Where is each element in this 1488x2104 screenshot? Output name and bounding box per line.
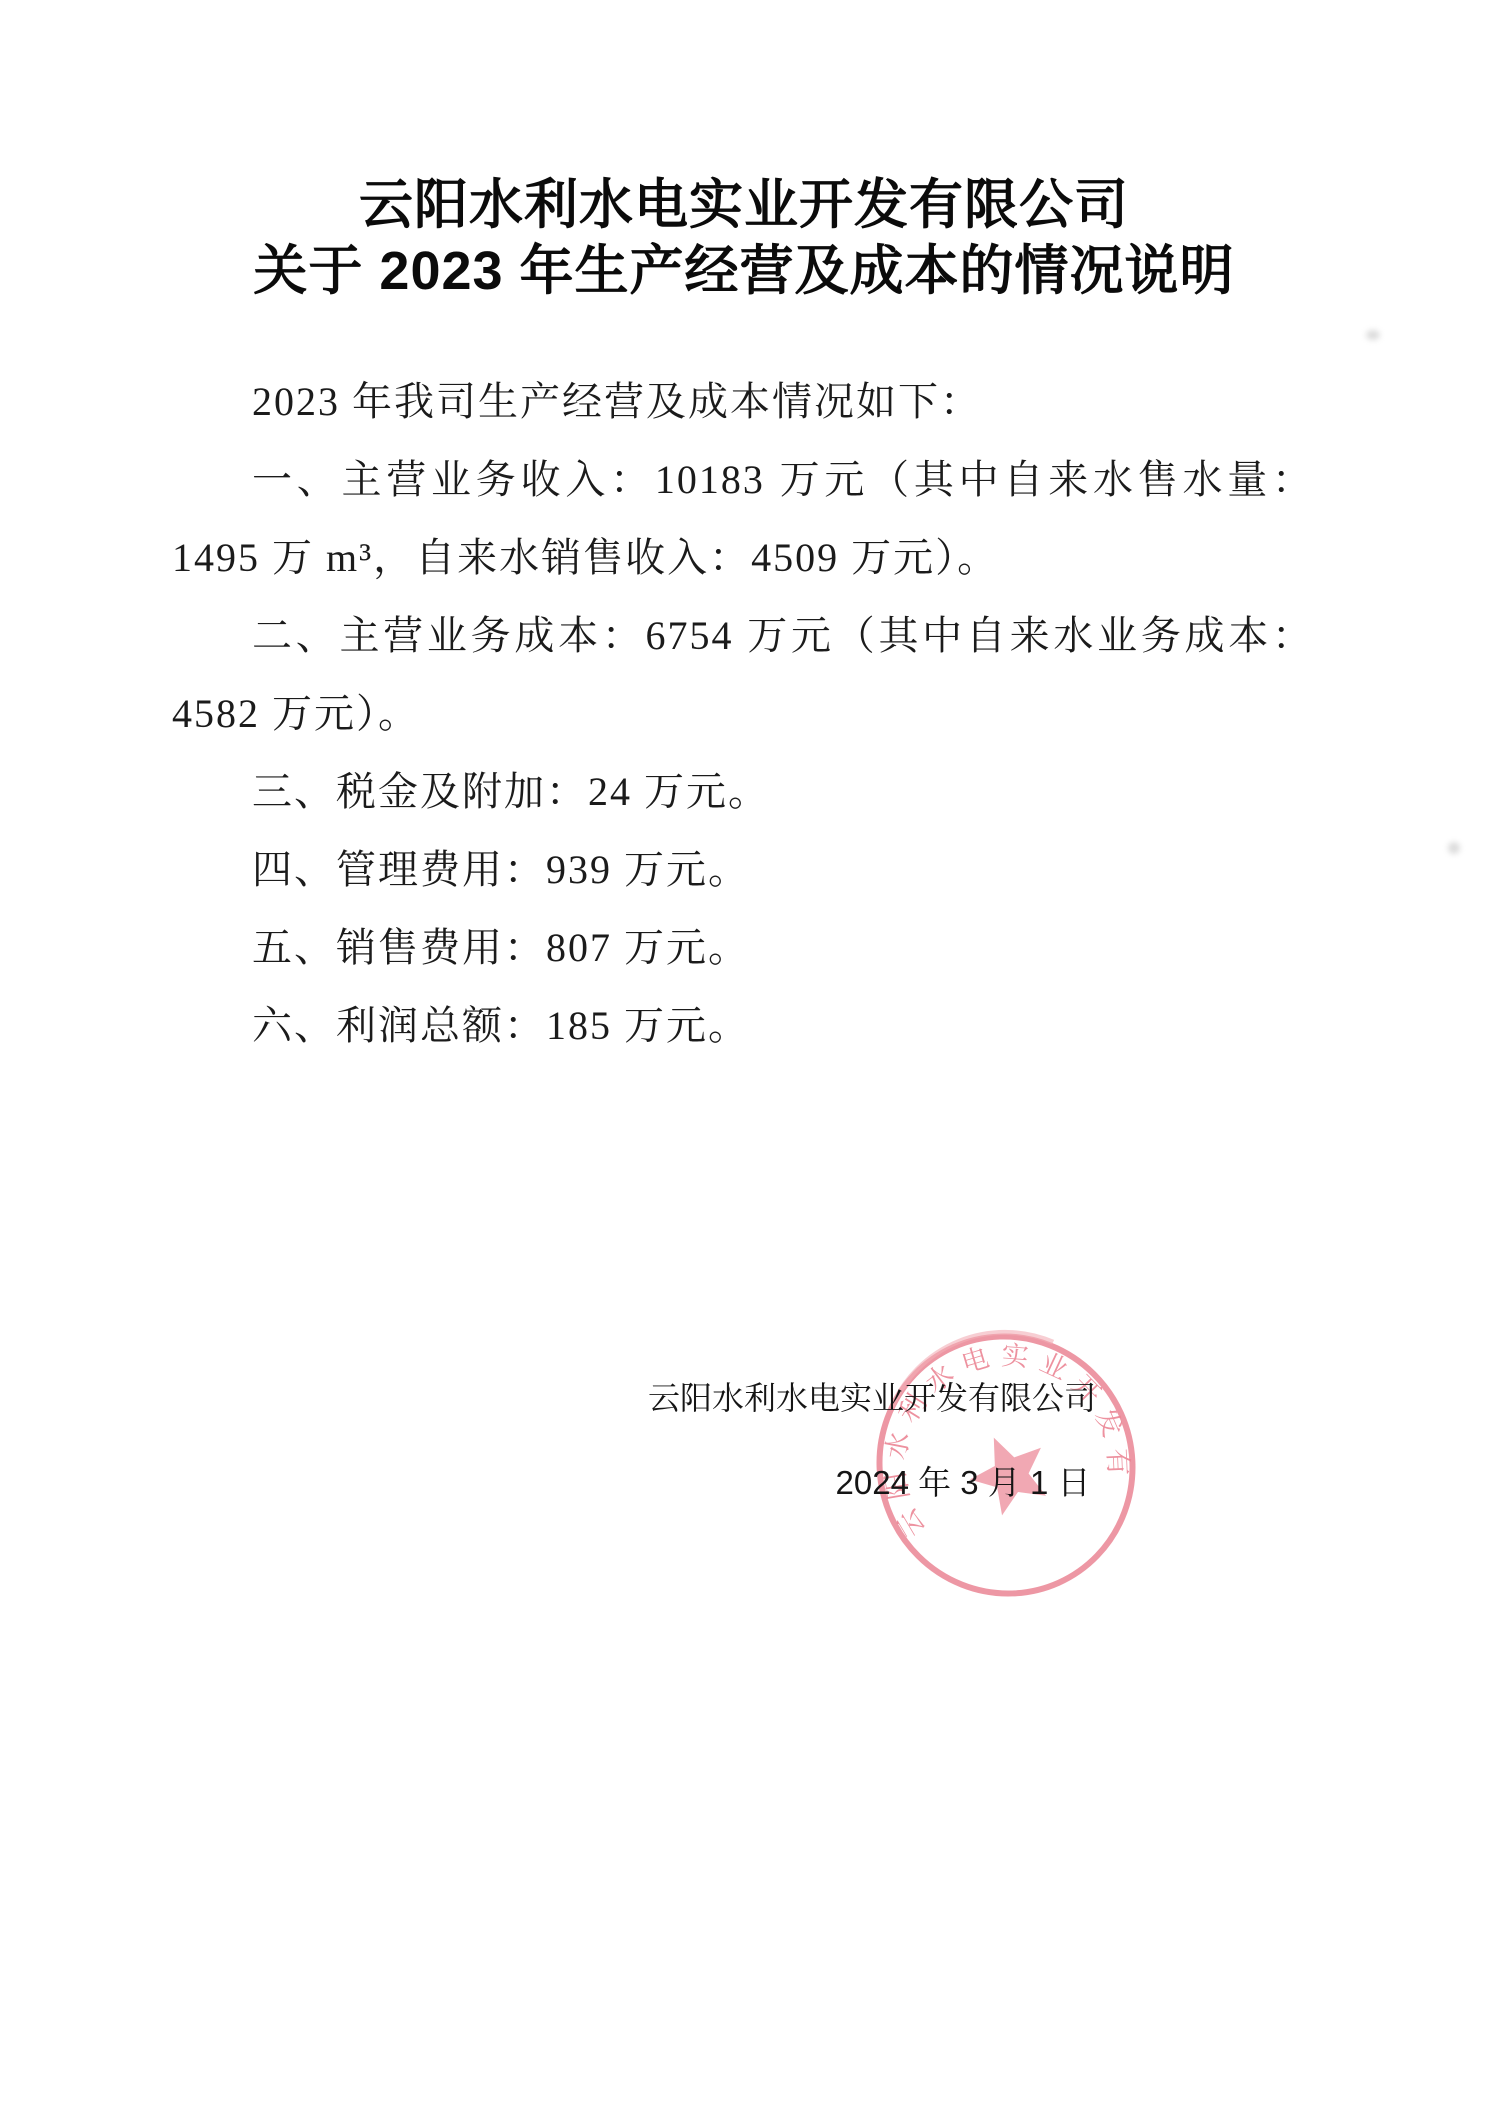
- document-title: 云阳水利水电实业开发有限公司 关于 2023 年生产经营及成本的情况说明: [0, 172, 1488, 304]
- body-item-main-cost: 二、主营业务成本：6754 万元（其中自来水业务成本：4582 万元）。: [172, 597, 1314, 753]
- intro-paragraph: 2023 年我司生产经营及成本情况如下：: [172, 363, 1314, 441]
- svg-text:云阳水利水电实业开发有限公司: 云阳水利水电实业开发有限公司: [870, 1322, 1142, 1572]
- seal-graphic: 云阳水利水电实业开发有限公司: [870, 1322, 1142, 1608]
- body-item-main-revenue: 一、主营业务收入：10183 万元（其中自来水售水量：1495 万 m³，自来水…: [172, 441, 1314, 597]
- body-item-selling-expense: 五、销售费用：807 万元。: [172, 909, 1314, 987]
- company-seal-stamp: 云阳水利水电实业开发有限公司: [870, 1322, 1142, 1608]
- body-item-taxes: 三、税金及附加：24 万元。: [172, 753, 1314, 831]
- signature-company: 云阳水利水电实业开发有限公司: [612, 1378, 1132, 1418]
- star-icon: [958, 1422, 1059, 1522]
- title-line-1: 云阳水利水电实业开发有限公司: [0, 172, 1488, 238]
- signature-date: 2024 年 3 月 1 日: [703, 1462, 1223, 1504]
- scan-artifact: [1366, 330, 1380, 340]
- document-page: 云阳水利水电实业开发有限公司 关于 2023 年生产经营及成本的情况说明 202…: [0, 0, 1488, 2104]
- document-body: 2023 年我司生产经营及成本情况如下： 一、主营业务收入：10183 万元（其…: [172, 363, 1314, 1065]
- title-line-2: 关于 2023 年生产经营及成本的情况说明: [0, 238, 1488, 304]
- body-item-total-profit: 六、利润总额：185 万元。: [172, 987, 1314, 1065]
- scan-artifact: [1448, 842, 1460, 854]
- body-item-admin-expense: 四、管理费用：939 万元。: [172, 831, 1314, 909]
- seal-arc-text: 云阳水利水电实业开发有限公司: [870, 1322, 1142, 1572]
